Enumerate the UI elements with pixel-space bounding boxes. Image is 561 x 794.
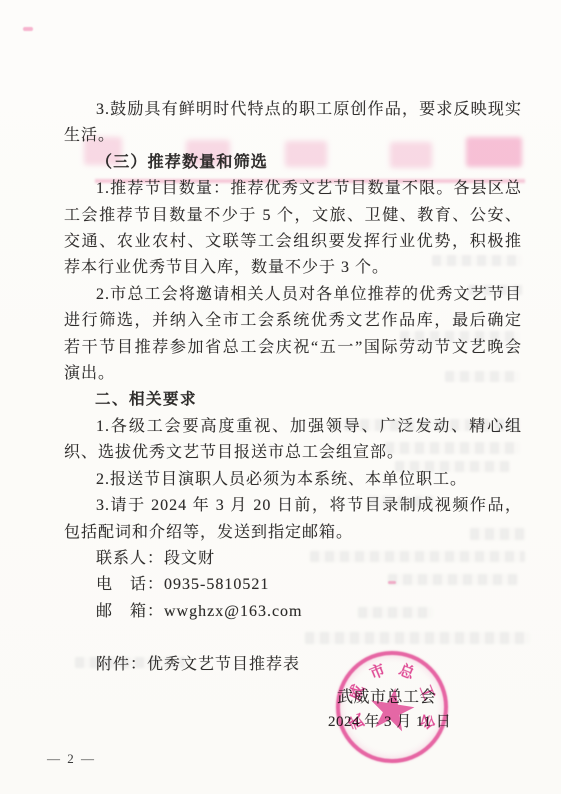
section-heading: 二、相关要求: [64, 387, 522, 413]
contact-person-line: 联系人：段文财: [64, 546, 522, 572]
scanned-document-page: 3.鼓励具有鲜明时代特点的职工原创作品，要求反映现实生活。 （三）推荐数量和筛选…: [0, 0, 561, 794]
signature-date: 2024 年 3 月 11 日: [328, 710, 451, 731]
paragraph: 1.推荐节目数量：推荐优秀文艺节目数量不限。各县区总工会推荐节目数量不少于 5 …: [64, 176, 522, 282]
paragraph: 3.请于 2024 年 3 月 20 日前，将节目录制成视频作品，包括配词和介绍…: [64, 493, 522, 546]
section-heading: （三）推荐数量和筛选: [64, 150, 522, 176]
paragraph: 1.各级工会要高度重视、加强领导、广泛发动、精心组织、选拔优秀文艺节目报送市总工…: [64, 414, 522, 467]
document-body: 3.鼓励具有鲜明时代特点的职工原创作品，要求反映现实生活。 （三）推荐数量和筛选…: [64, 97, 522, 678]
paragraph: 2.市总工会将邀请相关人员对各单位推荐的优秀文艺节目进行筛选，并纳入全市工会系统…: [64, 282, 522, 388]
contact-email-line: 邮 箱：wwghzx@163.com: [64, 599, 522, 625]
paragraph: 2.报送节目演职人员必须为本系统、本单位职工。: [64, 467, 522, 493]
bleedthrough-mark: [23, 27, 33, 31]
attachment-line: 附件：优秀文艺节目推荐表: [64, 652, 522, 678]
page-number: — 2 —: [47, 751, 96, 767]
paragraph: 3.鼓励具有鲜明时代特点的职工原创作品，要求反映现实生活。: [64, 97, 522, 150]
contact-phone-line: 电 话：0935-5810521: [64, 572, 522, 598]
signature-organization: 武威市总工会: [337, 684, 436, 707]
